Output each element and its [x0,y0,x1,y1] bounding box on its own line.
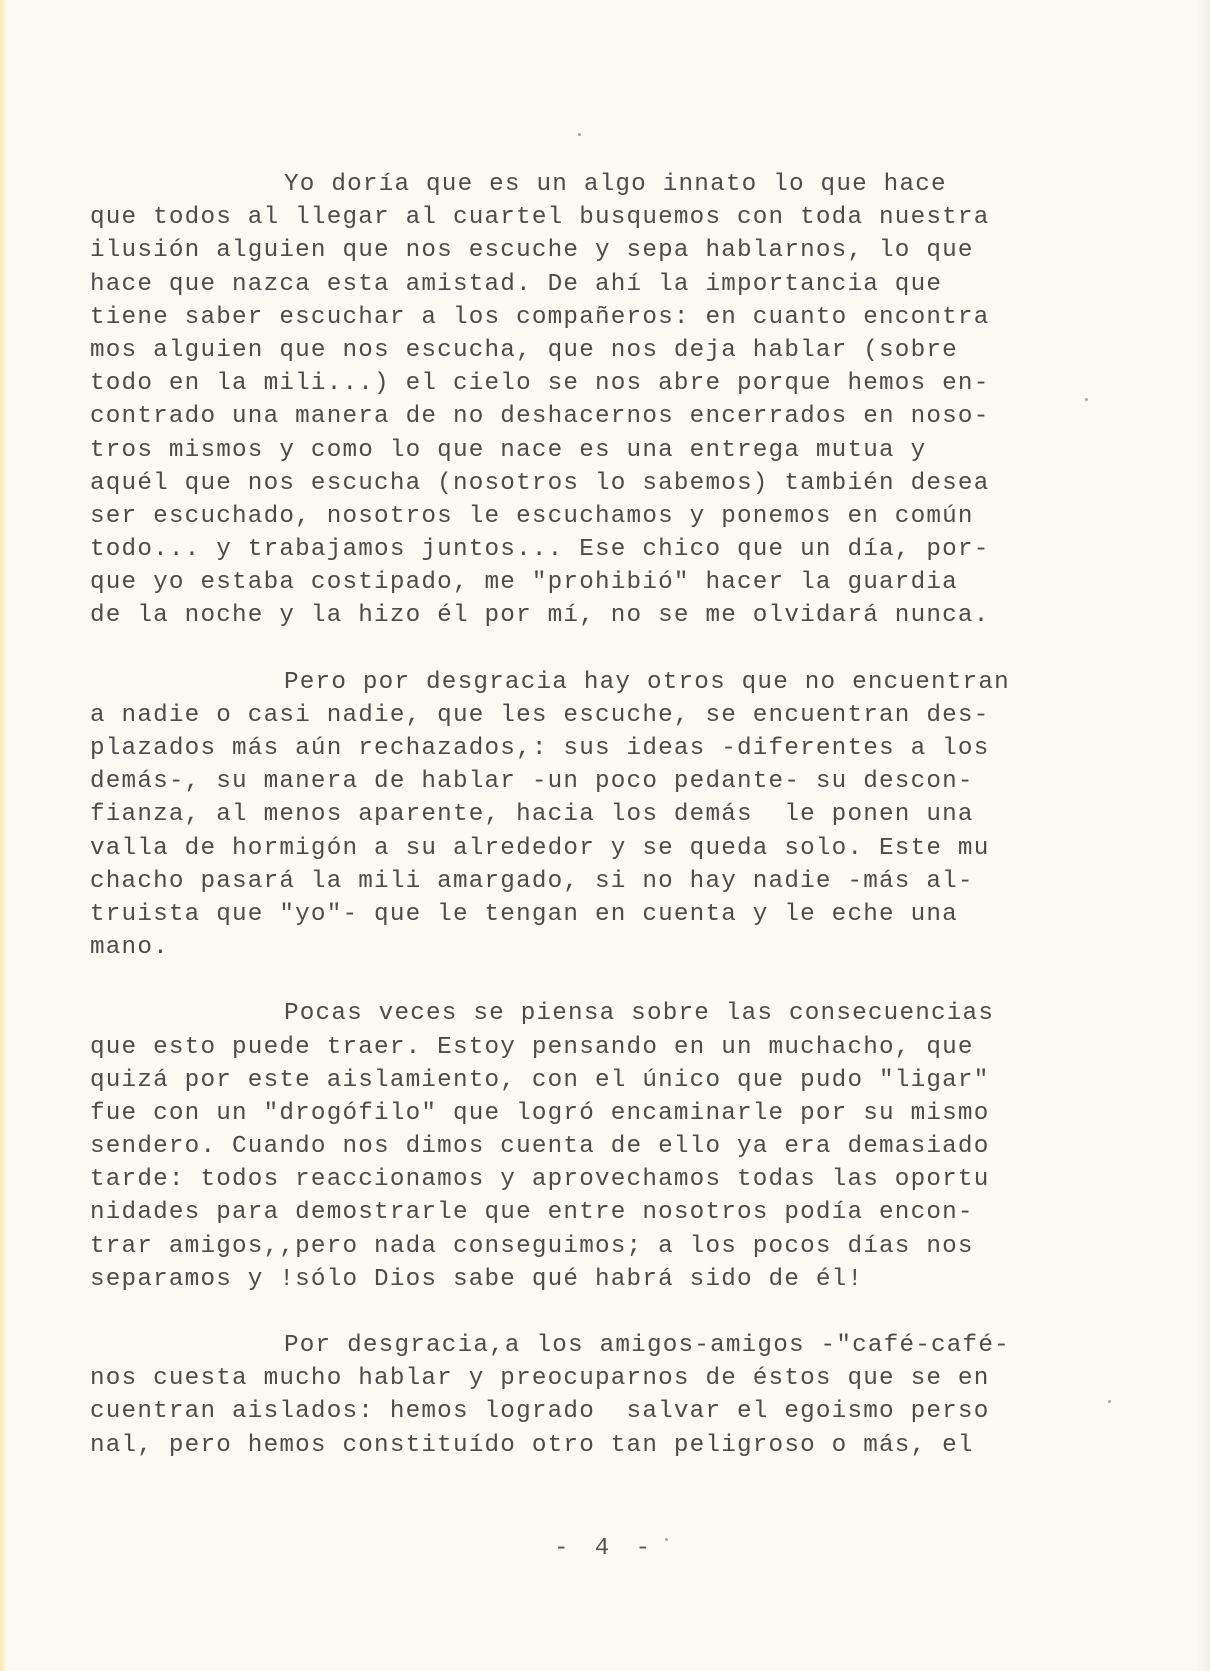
paragraph: Yo doría que es un algo innato lo que ha… [90,168,1130,633]
text-line: chacho pasará la mili amargado, si no ha… [90,865,1130,898]
text-line: todo... y trabajamos juntos... Ese chico… [90,533,1130,566]
page-number: - 4 - [0,1535,1210,1562]
text-line: todo en la mili...) el cielo se nos abre… [90,367,1130,400]
text-line: ser escuchado, nosotros le escuchamos y … [90,500,1130,533]
paper-edge [0,0,6,1671]
text-line: que todos al llegar al cuartel busquemos… [90,201,1130,234]
text-line: que esto puede traer. Estoy pensando en … [90,1031,1130,1064]
text-line: mos alguien que nos escucha, que nos dej… [90,334,1130,367]
text-line: de la noche y la hizo él por mí, no se m… [90,599,1130,632]
text-line: quizá por este aislamiento, con el único… [90,1064,1130,1097]
text-line: Por desgracia,a los amigos-amigos -"café… [90,1329,1130,1362]
text-line: tiene saber escuchar a los compañeros: e… [90,301,1130,334]
text-line: tros mismos y como lo que nace es una en… [90,434,1130,467]
text-line: Pocas veces se piensa sobre las consecue… [90,997,1130,1030]
text-line: ilusión alguien que nos escuche y sepa h… [90,234,1130,267]
text-line: nidades para demostrarle que entre nosot… [90,1196,1130,1229]
text-line: fue con un "drogófilo" que logró encamin… [90,1097,1130,1130]
text-line: valla de hormigón a su alrededor y se qu… [90,832,1130,865]
text-line: mano. [90,931,1130,964]
text-line: hace que nazca esta amistad. De ahí la i… [90,268,1130,301]
paragraph: Pocas veces se piensa sobre las consecue… [90,997,1130,1296]
text-line: demás-, su manera de hablar -un poco ped… [90,765,1130,798]
paper-shade [1196,0,1210,1671]
text-line: plazados más aún rechazados,: sus ideas … [90,732,1130,765]
text-line: que yo estaba costipado, me "prohibió" h… [90,566,1130,599]
text-line: contrado una manera de no deshacernos en… [90,400,1130,433]
paragraph-spacer [90,964,1130,997]
text-line: nos cuesta mucho hablar y preocuparnos d… [90,1362,1130,1395]
paper-speck [578,133,581,136]
paragraph-spacer [90,633,1130,666]
text-line: separamos y !sólo Dios sabe qué habrá si… [90,1263,1130,1296]
typewritten-page: Yo doría que es un algo innato lo que ha… [90,168,1130,1462]
text-line: a nadie o casi nadie, que les escuche, s… [90,699,1130,732]
text-line: aquél que nos escucha (nosotros lo sabem… [90,467,1130,500]
text-line: truista que "yo"- que le tengan en cuent… [90,898,1130,931]
paragraph-spacer [90,1296,1130,1329]
text-line: nal, pero hemos constituído otro tan pel… [90,1429,1130,1462]
text-line: cuentran aislados: hemos logrado salvar … [90,1395,1130,1428]
text-line: Yo doría que es un algo innato lo que ha… [90,168,1130,201]
text-line: trar amigos,,pero nada conseguimos; a lo… [90,1230,1130,1263]
text-line: fianza, al menos aparente, hacia los dem… [90,798,1130,831]
paragraph: Por desgracia,a los amigos-amigos -"café… [90,1329,1130,1462]
text-line: sendero. Cuando nos dimos cuenta de ello… [90,1130,1130,1163]
paragraph: Pero por desgracia hay otros que no encu… [90,666,1130,965]
text-line: Pero por desgracia hay otros que no encu… [90,666,1130,699]
text-line: tarde: todos reaccionamos y aprovechamos… [90,1163,1130,1196]
